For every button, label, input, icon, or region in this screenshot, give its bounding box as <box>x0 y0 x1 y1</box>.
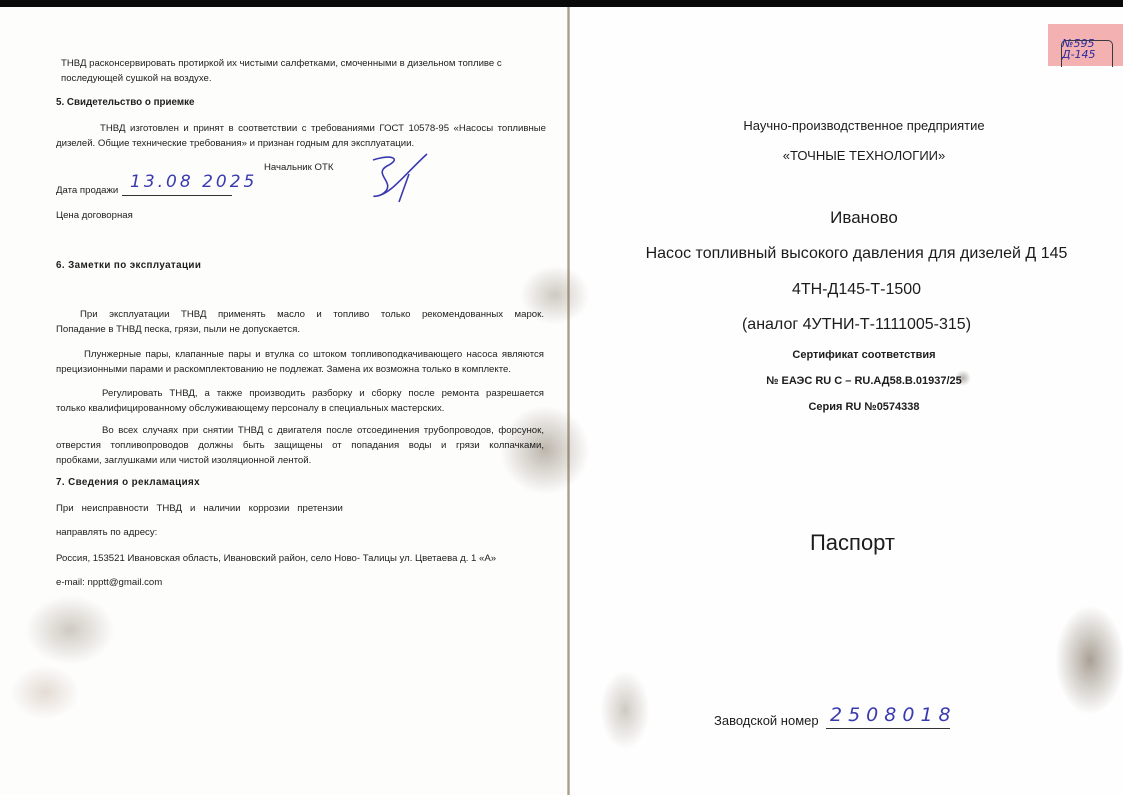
enterprise-name: «ТОЧНЫЕ ТЕХНОЛОГИИ» <box>570 148 1123 163</box>
operation-paragraph-1: При эксплуатации ТНВД применять масло и … <box>56 307 544 337</box>
postal-address: Россия, 153521 Ивановская область, Ивано… <box>56 551 496 566</box>
city: Иваново <box>570 208 1123 228</box>
certificate-number: № ЕАЭС RU С – RU.АД58.В.01937/25 <box>570 375 1123 387</box>
operation-paragraph-2: Плунжерные пары, клапанные пары и втулка… <box>56 347 544 377</box>
certificate-title: Сертификат соответствия <box>570 349 1123 361</box>
claims-text: При неисправности ТНВД и наличии коррози… <box>56 501 343 516</box>
text-line: Попадание в ТНВД песка, грязи, пыли не д… <box>56 322 544 337</box>
text-line: При эксплуатации ТНВД применять масло и … <box>56 307 544 322</box>
section-6-heading: 6. Заметки по эксплуатации <box>56 258 201 273</box>
claims-address-label: направлять по адресу: <box>56 525 157 540</box>
sale-date-underline <box>122 195 232 196</box>
sale-date-label: Дата продажи <box>56 183 118 198</box>
text-line: Во всех случаях при снятии ТНВД с двигат… <box>56 423 544 438</box>
otk-label: Начальник ОТК <box>264 160 333 175</box>
scan-top-edge <box>0 0 1123 7</box>
stamp-number: №595 Д-145 <box>1062 38 1096 60</box>
stamp-line: Д-145 <box>1062 49 1096 60</box>
certificate-series: Серия RU №0574338 <box>570 401 1123 413</box>
intro-paragraph: ТНВД расконсервировать протиркой их чист… <box>61 56 521 86</box>
text-line: только квалифицированному обслуживающему… <box>56 401 544 416</box>
text-line: отверстия топливопроводов должны быть за… <box>56 438 544 453</box>
text-line: прецизионными парами и раскомплектованию… <box>56 362 544 377</box>
acceptance-paragraph: ТНВД изготовлен и принят в соответствии … <box>56 121 546 151</box>
sale-date-value: 13.08 2025 <box>130 172 257 192</box>
text-line: Регулировать ТНВД, а также производить р… <box>56 386 544 401</box>
section-5-heading: 5. Свидетельство о приемке <box>56 95 194 110</box>
price-text: Цена договорная <box>56 208 133 223</box>
enterprise-type: Научно-производственное предприятие <box>570 118 1123 133</box>
signature <box>365 152 435 207</box>
text-line: дизелей. Общие технические требования» и… <box>56 136 546 151</box>
text-line: последующей сушкой на воздухе. <box>61 71 521 86</box>
product-title: Насос топливный высокого давления для ди… <box>570 245 1123 263</box>
text-line: ТНВД изготовлен и принят в соответствии … <box>56 121 546 136</box>
document-title: Паспорт <box>570 530 1123 556</box>
model-number: 4ТН-Д145-Т-1500 <box>570 281 1123 299</box>
text-line: ТНВД расконсервировать протиркой их чист… <box>61 56 521 71</box>
operation-paragraph-3: Регулировать ТНВД, а также производить р… <box>56 386 544 416</box>
text-line: пробками, заглушками или чистой изоляцио… <box>56 453 544 468</box>
analog-model: (аналог 4УТНИ-Т-1111005-315) <box>570 316 1123 334</box>
serial-number-label: Заводской номер <box>714 713 819 728</box>
operation-paragraph-4: Во всех случаях при снятии ТНВД с двигат… <box>56 423 544 468</box>
section-7-heading: 7. Сведения о рекламациях <box>56 475 200 490</box>
serial-number-underline <box>826 728 950 729</box>
serial-number-value: 2508018 <box>830 704 957 726</box>
text-line: Плунжерные пары, клапанные пары и втулка… <box>56 347 544 362</box>
email-link[interactable]: e-mail: npptt@gmail.com <box>56 575 162 590</box>
